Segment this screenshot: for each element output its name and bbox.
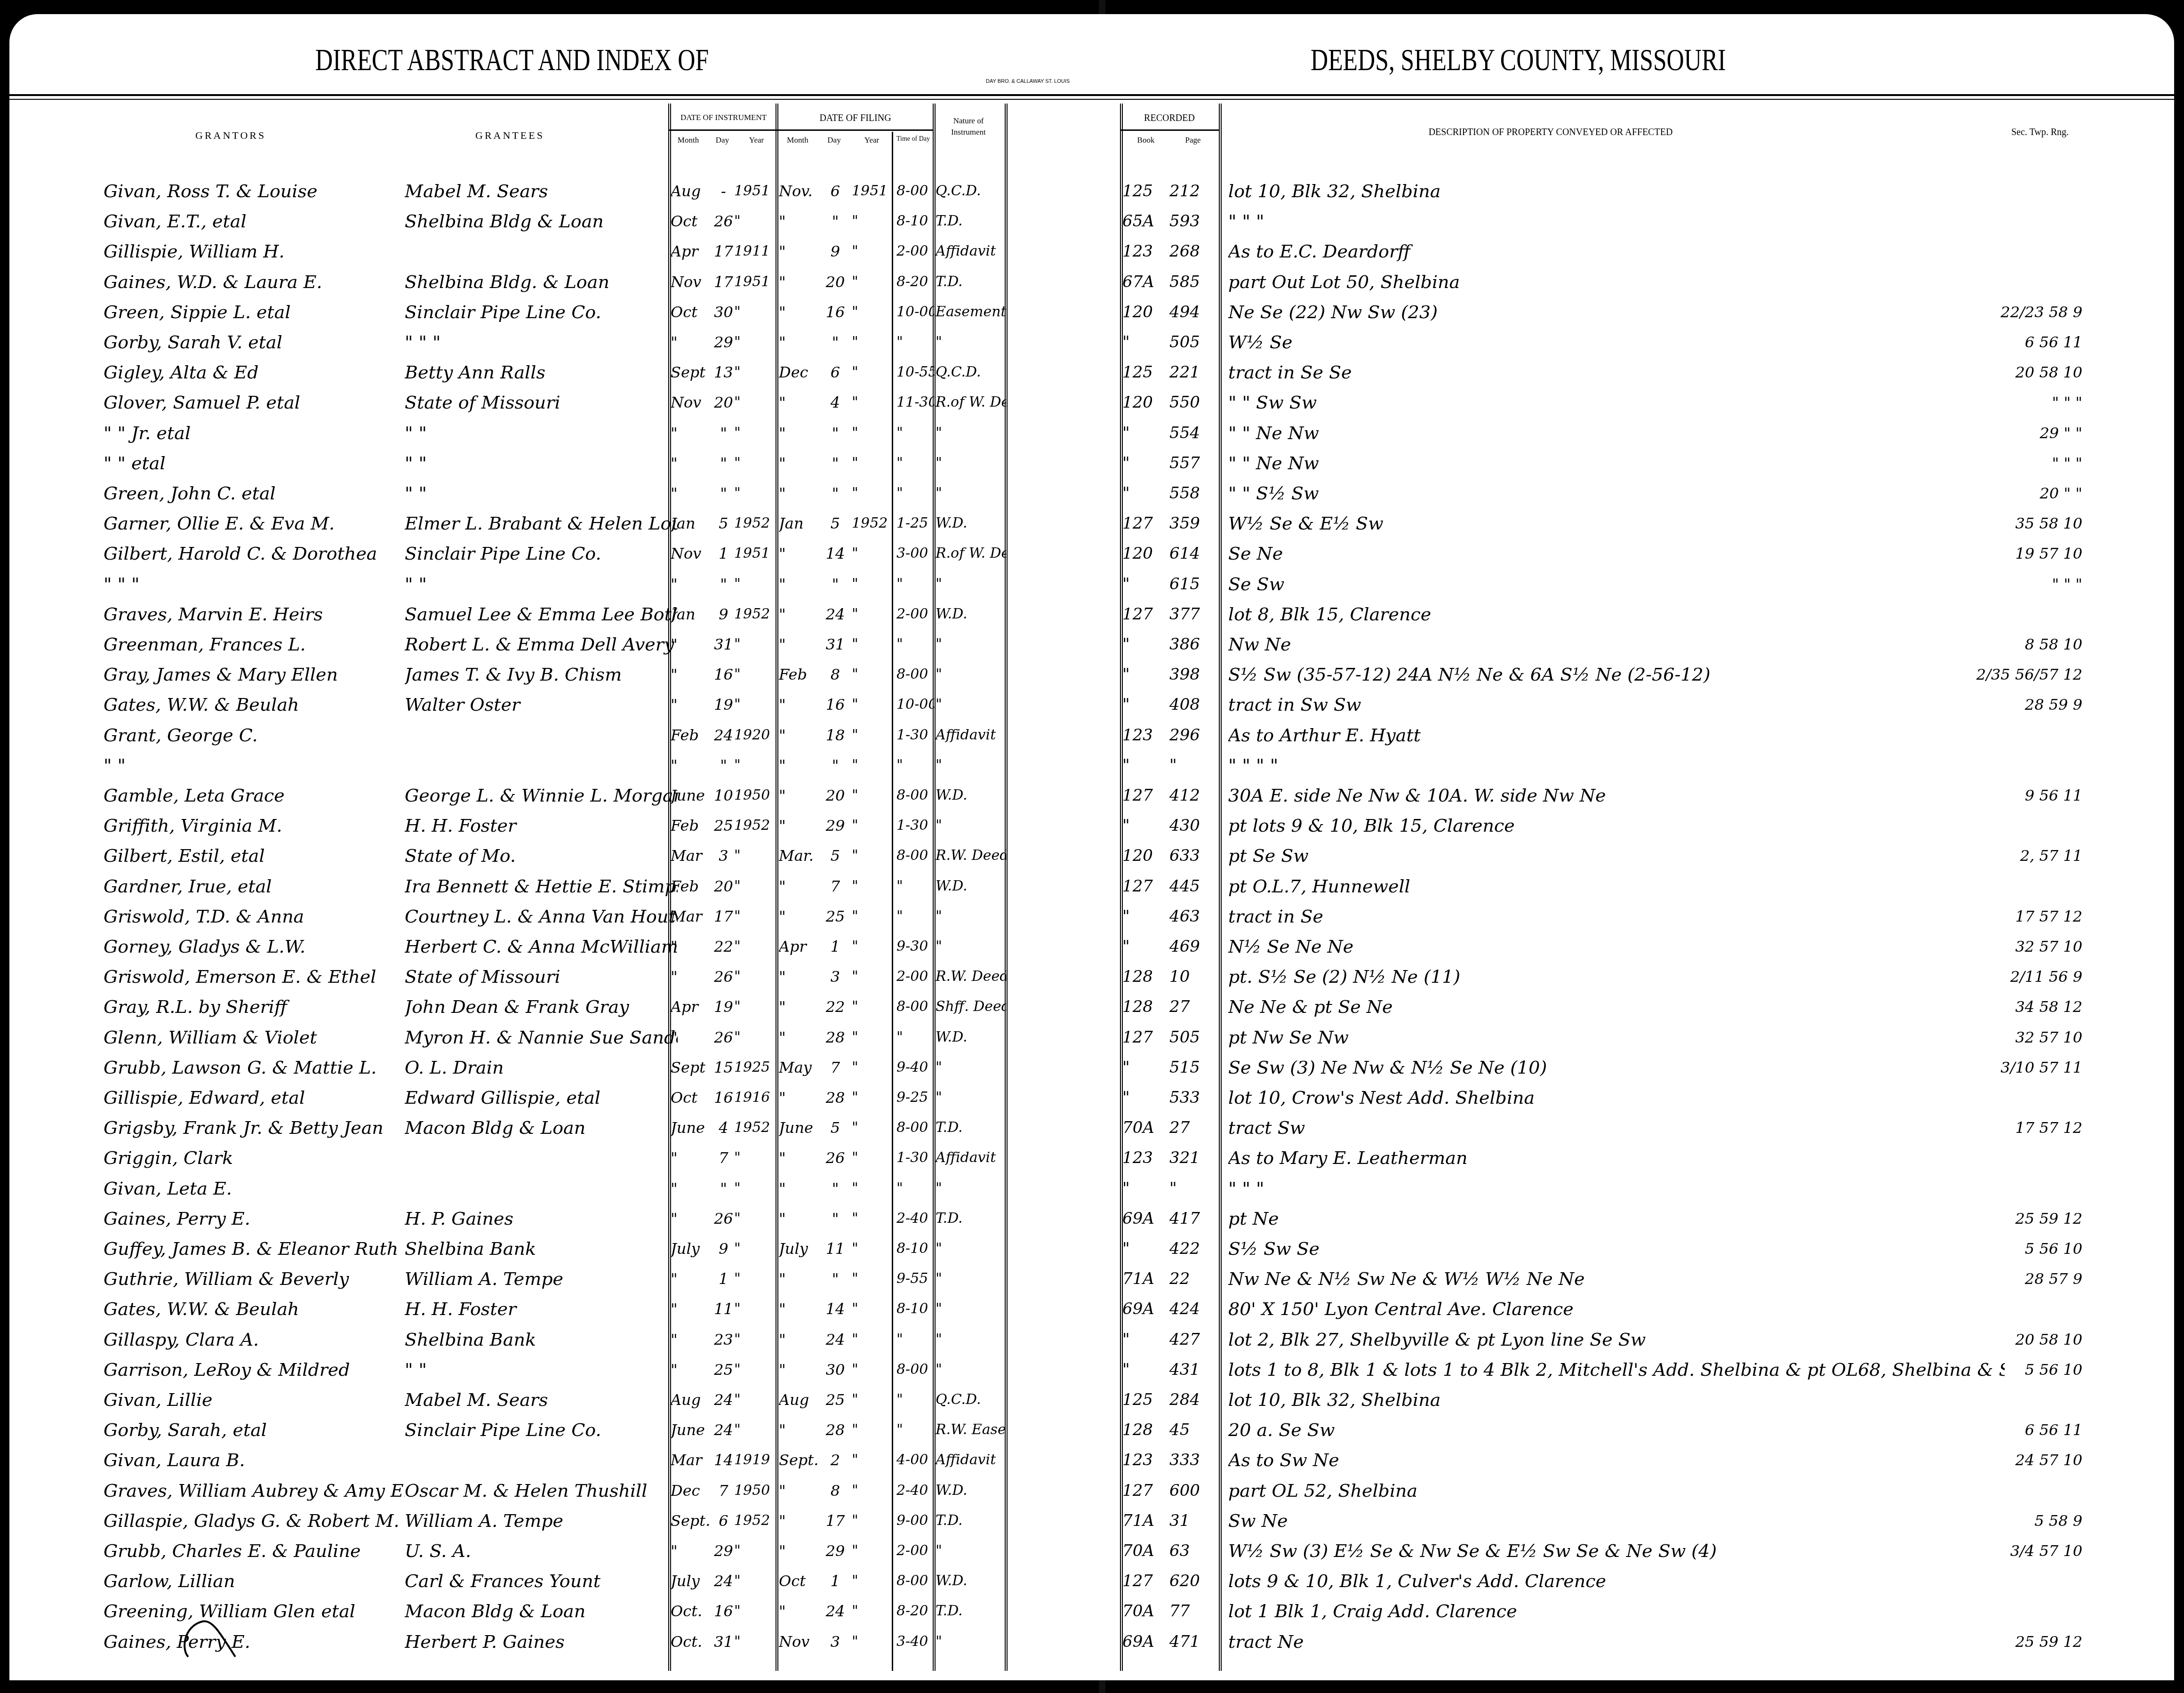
description-cell: Se Ne — [1228, 541, 2005, 566]
instrument-day-cell: 17 — [711, 239, 736, 264]
time-of-day-cell: 1-30 — [896, 813, 934, 838]
instrument-month-cell: Dec — [671, 1478, 711, 1503]
filing-month-cell: " — [779, 753, 819, 778]
filing-day-cell: 1 — [819, 1569, 852, 1593]
grantee-cell: Herbert C. & Anna McWilliams — [405, 934, 678, 959]
filing-month-cell: May — [779, 1055, 819, 1080]
right-page-title: DEEDS, SHELBY COUNTY, MISSOURI — [1311, 42, 1726, 78]
description-cell: pt Se Sw — [1228, 843, 2005, 868]
table-row: 127620lots 9 & 10, Blk 1, Culver's Add. … — [1104, 1569, 2174, 1593]
instrument-day-header: Day — [706, 136, 739, 145]
description-cell: W½ Se & E½ Sw — [1228, 511, 2005, 536]
sec-twp-rng-cell: 3/10 57 11 — [1965, 1055, 2082, 1080]
table-row: """ " " " — [1104, 753, 2174, 778]
description-cell: N½ Se Ne Ne — [1228, 934, 2005, 959]
instrument-day-cell: 9 — [711, 1236, 736, 1261]
page-cell: 550 — [1169, 390, 1216, 415]
description-cell: part OL 52, Shelbina — [1228, 1478, 2005, 1503]
time-of-day-cell: " — [896, 1176, 934, 1201]
filing-month-cell: " — [779, 481, 819, 505]
page-cell: " — [1169, 1176, 1216, 1201]
instrument-year-cell: " — [734, 692, 772, 717]
filing-day-cell: 14 — [819, 1297, 852, 1321]
left-page: DIRECT ABSTRACT AND INDEX OF DAY BRO. & … — [9, 14, 1106, 1680]
instrument-day-cell: - — [711, 179, 736, 203]
book-cell: " — [1122, 451, 1169, 475]
filing-year-cell: " — [852, 1569, 892, 1593]
description-cell: " " Ne Nw — [1228, 451, 2005, 475]
nature-of-instrument-cell: " — [936, 421, 1006, 445]
instrument-month-cell: " — [671, 964, 711, 989]
instrument-day-cell: 31 — [711, 632, 736, 657]
time-of-day-cell: 9-25 — [896, 1085, 934, 1110]
page-cell: 333 — [1169, 1448, 1216, 1472]
filing-year-cell: " — [852, 360, 892, 385]
grantor-cell: Guffey, James B. & Eleanor Ruth — [104, 1236, 405, 1261]
table-row: 70A63W½ Sw (3) E½ Se & Nw Se & E½ Sw Se … — [1104, 1539, 2174, 1563]
filing-month-cell: Nov — [779, 1629, 819, 1654]
book-cell: 69A — [1122, 1629, 1169, 1654]
grantor-cell: Greening, William Glen etal — [104, 1599, 405, 1623]
book-cell: 128 — [1122, 1418, 1169, 1442]
table-row: "505W½ Se6 56 11 — [1104, 330, 2174, 354]
book-cell: 70A — [1122, 1599, 1169, 1623]
grantor-cell: Gray, James & Mary Ellen — [104, 662, 405, 687]
description-cell: tract in Se Se — [1228, 360, 2005, 385]
table-row: 67A585part Out Lot 50, Shelbina — [1104, 270, 2174, 294]
filing-day-cell: 29 — [819, 813, 852, 838]
filing-day-cell: 6 — [819, 179, 852, 203]
description-cell: lots 9 & 10, Blk 1, Culver's Add. Claren… — [1228, 1569, 2005, 1593]
grantee-cell: H. H. Foster — [405, 813, 678, 838]
nature-of-instrument-cell: " — [936, 1176, 1006, 1201]
instrument-day-cell: 29 — [711, 330, 736, 354]
table-row: " """"""""" — [9, 753, 1106, 778]
time-of-day-cell: " — [896, 904, 934, 929]
book-cell: 69A — [1122, 1297, 1169, 1321]
table-row: 120550" " Sw Sw" " " — [1104, 390, 2174, 415]
table-row: 120494Ne Se (22) Nw Sw (23)22/23 58 9 — [1104, 300, 2174, 324]
filing-month-cell: July — [779, 1236, 819, 1261]
book-cell: 127 — [1122, 1569, 1169, 1593]
instrument-year-cell: " — [734, 1297, 772, 1321]
sec-twp-rng-header: Sec. Twp. Rng. — [1988, 127, 2092, 138]
filing-day-cell: 29 — [819, 1539, 852, 1563]
grantor-cell: Glover, Samuel P. etal — [104, 390, 405, 415]
instrument-day-cell: 23 — [711, 1327, 736, 1352]
grantee-cell: H. H. Foster — [405, 1297, 678, 1321]
page-cell: 471 — [1169, 1629, 1216, 1654]
filing-day-cell: 5 — [819, 1115, 852, 1140]
table-row: Grubb, Lawson G. & Mattie L.O. L. DrainS… — [9, 1055, 1106, 1080]
filing-year-cell: " — [852, 753, 892, 778]
description-cell: As to E.C. Deardorff — [1228, 239, 2005, 264]
table-row: Givan, Leta E."""""""" — [9, 1176, 1106, 1201]
grantee-cell: Sinclair Pipe Line Co. — [405, 1418, 678, 1442]
table-row: "558" " S½ Sw20 " " — [1104, 481, 2174, 505]
grantor-cell: Griffith, Virginia M. — [104, 813, 405, 838]
filing-month-cell: " — [779, 451, 819, 475]
time-of-day-cell: 8-20 — [896, 1599, 934, 1623]
instrument-day-cell: 31 — [711, 1629, 736, 1654]
filing-year-cell: " — [852, 692, 892, 717]
filing-month-cell: " — [779, 813, 819, 838]
nature-of-instrument-cell: R.of W. Deed — [936, 541, 1006, 566]
description-header: DESCRIPTION OF PROPERTY CONVEYED OR AFFE… — [1386, 127, 1715, 138]
grantor-cell: Glenn, William & Violet — [104, 1025, 405, 1050]
instrument-month-cell: " — [671, 1357, 711, 1382]
description-cell: As to Sw Ne — [1228, 1448, 2005, 1472]
grantor-cell: Graves, William Aubrey & Amy Elizabeth — [104, 1478, 405, 1503]
instrument-year-cell: " — [734, 1539, 772, 1563]
nature-of-instrument-cell: R.W. Easement — [936, 1418, 1006, 1442]
instrument-month-header: Month — [671, 136, 706, 145]
description-cell: pt lots 9 & 10, Blk 15, Clarence — [1228, 813, 2005, 838]
filing-year-cell: " — [852, 1418, 892, 1442]
sec-twp-rng-cell: 6 56 11 — [1965, 330, 2082, 354]
time-of-day-cell: 8-00 — [896, 1115, 934, 1140]
time-of-day-cell: 4-00 — [896, 1448, 934, 1472]
table-row: Gillispie, Edward, etalEdward Gillispie,… — [9, 1085, 1106, 1110]
date-of-filing-header: DATE OF FILING — [779, 113, 932, 124]
filing-year-cell: " — [852, 1629, 892, 1654]
grantee-cell: U. S. A. — [405, 1539, 678, 1563]
table-row: Gaines, W.D. & Laura E.Shelbina Bldg. & … — [9, 270, 1106, 294]
book-cell: 69A — [1122, 1206, 1169, 1231]
table-row: Glover, Samuel P. etalState of MissouriN… — [9, 390, 1106, 415]
filing-day-cell: 11 — [819, 1236, 852, 1261]
nature-of-instrument-cell: " — [936, 1297, 1006, 1321]
grantor-cell: Givan, Laura B. — [104, 1448, 405, 1472]
instrument-day-cell: 19 — [711, 995, 736, 1019]
table-row: "386Nw Ne8 58 10 — [1104, 632, 2174, 657]
nature-of-instrument-cell: " — [936, 451, 1006, 475]
sec-twp-rng-cell: 5 58 9 — [1965, 1508, 2082, 1533]
filing-month-cell: " — [779, 1508, 819, 1533]
table-row: Griggin, Clark"7""26"1-30Affidavit — [9, 1146, 1106, 1170]
table-row: Gorney, Gladys & L.W.Herbert C. & Anna M… — [9, 934, 1106, 959]
instrument-year-cell: " — [734, 360, 772, 385]
table-row: 12741230A E. side Ne Nw & 10A. W. side N… — [1104, 783, 2174, 808]
filing-year-cell: " — [852, 451, 892, 475]
filing-month-cell: " — [779, 1539, 819, 1563]
table-row: "427lot 2, Blk 27, Shelbyville & pt Lyon… — [1104, 1327, 2174, 1352]
grantor-cell: " " — [104, 753, 405, 778]
table-row: Givan, E.T., etalShelbina Bldg & LoanOct… — [9, 209, 1106, 233]
table-row: Griswold, T.D. & AnnaCourtney L. & Anna … — [9, 904, 1106, 929]
table-row: "398S½ Sw (35-57-12) 24A N½ Ne & 6A S½ N… — [1104, 662, 2174, 687]
filing-day-cell: 7 — [819, 1055, 852, 1080]
filing-month-cell: " — [779, 1206, 819, 1231]
grantor-cell: Gigley, Alta & Ed — [104, 360, 405, 385]
filing-month-cell: " — [779, 1176, 819, 1201]
filing-year-cell: " — [852, 1327, 892, 1352]
time-of-day-cell: 2-00 — [896, 1539, 934, 1563]
instrument-day-cell: 24 — [711, 723, 736, 747]
sec-twp-rng-cell: 9 56 11 — [1965, 783, 2082, 808]
instrument-month-cell: Oct — [671, 1085, 711, 1110]
instrument-month-cell: " — [671, 1539, 711, 1563]
filing-year-cell: " — [852, 934, 892, 959]
page-cell: 463 — [1169, 904, 1216, 929]
instrument-month-cell: Mar — [671, 843, 711, 868]
table-row: " " "" """"""""" — [9, 572, 1106, 596]
filing-day-cell: 17 — [819, 1508, 852, 1533]
book-cell: " — [1122, 1085, 1169, 1110]
book-header: Book — [1122, 136, 1169, 145]
filing-month-cell: " — [779, 270, 819, 294]
book-cell: 70A — [1122, 1539, 1169, 1563]
instrument-day-cell: 26 — [711, 209, 736, 233]
filing-day-cell: 26 — [819, 1146, 852, 1170]
page-cell: 515 — [1169, 1055, 1216, 1080]
instrument-day-cell: 25 — [711, 1357, 736, 1382]
book-cell: " — [1122, 692, 1169, 717]
table-row: 123268As to E.C. Deardorff — [1104, 239, 2174, 264]
filing-year-cell: " — [852, 1085, 892, 1110]
instrument-month-cell: " — [671, 330, 711, 354]
filing-year-cell: " — [852, 813, 892, 838]
book-cell: " — [1122, 330, 1169, 354]
page-cell: 615 — [1169, 572, 1216, 596]
instrument-month-cell: Sept. — [671, 1508, 711, 1533]
sec-twp-rng-cell: 34 58 12 — [1965, 995, 2082, 1019]
table-row: Gillaspie, Gladys G. & Robert M.William … — [9, 1508, 1106, 1533]
time-of-day-cell: 1-25 — [896, 511, 934, 536]
table-row: "554" " Ne Nw29 " " — [1104, 421, 2174, 445]
sec-twp-rng-cell: 28 57 9 — [1965, 1267, 2082, 1291]
description-cell: Sw Ne — [1228, 1508, 2005, 1533]
filing-year-cell: " — [852, 1297, 892, 1321]
page-cell: 284 — [1169, 1388, 1216, 1412]
grantee-cell: Shelbina Bank — [405, 1236, 678, 1261]
book-cell: 127 — [1122, 874, 1169, 899]
sec-twp-rng-cell: 2/11 56 9 — [1965, 964, 2082, 989]
filing-day-cell: " — [819, 330, 852, 354]
book-cell: 71A — [1122, 1267, 1169, 1291]
table-row: 125284lot 10, Blk 32, Shelbina — [1104, 1388, 2174, 1412]
filing-year-cell: " — [852, 390, 892, 415]
filing-month-header: Month — [779, 136, 816, 145]
instrument-day-cell: 26 — [711, 1206, 736, 1231]
page-header: Page — [1169, 136, 1216, 145]
instrument-year-cell: " — [734, 843, 772, 868]
table-row: 120633pt Se Sw2, 57 11 — [1104, 843, 2174, 868]
filing-month-cell: " — [779, 1267, 819, 1291]
description-cell: Ne Se (22) Nw Sw (23) — [1228, 300, 2005, 324]
instrument-month-cell: Jan — [671, 602, 711, 626]
table-row: 69A417pt Ne25 59 12 — [1104, 1206, 2174, 1231]
instrument-day-cell: 6 — [711, 1508, 736, 1533]
filing-day-cell: " — [819, 451, 852, 475]
filing-year-cell: " — [852, 541, 892, 566]
nature-of-instrument-cell: T.D. — [936, 1599, 1006, 1623]
instrument-year-cell: " — [734, 995, 772, 1019]
grantee-cell: Sinclair Pipe Line Co. — [405, 541, 678, 566]
book-cell: 120 — [1122, 300, 1169, 324]
nature-of-instrument-cell: Affidavit — [936, 723, 1006, 747]
grantee-cell: Carl & Frances Yount — [405, 1569, 678, 1593]
page-cell: 296 — [1169, 723, 1216, 747]
instrument-month-cell: " — [671, 632, 711, 657]
page-cell: 268 — [1169, 239, 1216, 264]
book-cell: 125 — [1122, 1388, 1169, 1412]
grantee-cell: " " — [405, 572, 678, 596]
instrument-year-cell: " — [734, 481, 772, 505]
filing-day-cell: 25 — [819, 1388, 852, 1412]
table-row: 69A471tract Ne25 59 12 — [1104, 1629, 2174, 1654]
filing-year-cell: " — [852, 1599, 892, 1623]
instrument-year-cell: 1951 — [734, 270, 772, 294]
table-row: Green, Sippie L. etalSinclair Pipe Line … — [9, 300, 1106, 324]
filing-year-cell: " — [852, 1236, 892, 1261]
time-of-day-cell: 3-00 — [896, 541, 934, 566]
table-row: 127445pt O.L.7, Hunnewell — [1104, 874, 2174, 899]
grantee-cell: George L. & Winnie L. Morgan — [405, 783, 678, 808]
time-of-day-cell: " — [896, 632, 934, 657]
table-row: Grubb, Charles E. & PaulineU. S. A."29""… — [9, 1539, 1106, 1563]
nature-of-instrument-cell: " — [936, 1267, 1006, 1291]
table-row: "431lots 1 to 8, Blk 1 & lots 1 to 4 Blk… — [1104, 1357, 2174, 1382]
instrument-year-cell: " — [734, 934, 772, 959]
instrument-month-cell: " — [671, 753, 711, 778]
page-cell: 533 — [1169, 1085, 1216, 1110]
instrument-day-cell: 4 — [711, 1115, 736, 1140]
book-cell: 125 — [1122, 179, 1169, 203]
instrument-day-cell: 17 — [711, 270, 736, 294]
description-cell: S½ Sw Se — [1228, 1236, 2005, 1261]
grantor-cell: Gillispie, Edward, etal — [104, 1085, 405, 1110]
page-cell: 63 — [1169, 1539, 1216, 1563]
nature-of-instrument-cell: " — [936, 481, 1006, 505]
instrument-year-cell: " — [734, 1025, 772, 1050]
grantor-cell: Garlow, Lillian — [104, 1569, 405, 1593]
instrument-year-cell: " — [734, 1327, 772, 1352]
book-cell: 128 — [1122, 995, 1169, 1019]
time-of-day-cell: " — [896, 874, 934, 899]
time-of-day-cell: 1-30 — [896, 723, 934, 747]
page-cell: 593 — [1169, 209, 1216, 233]
grantor-cell: Graves, Marvin E. Heirs — [104, 602, 405, 626]
filing-month-cell: " — [779, 1327, 819, 1352]
instrument-year-cell: " — [734, 421, 772, 445]
filing-year-cell: " — [852, 602, 892, 626]
instrument-day-cell: 7 — [711, 1478, 736, 1503]
instrument-year-cell: " — [734, 632, 772, 657]
description-cell: lots 1 to 8, Blk 1 & lots 1 to 4 Blk 2, … — [1228, 1357, 2005, 1382]
filing-day-header: Day — [816, 136, 852, 145]
table-row: "463tract in Se17 57 12 — [1104, 904, 2174, 929]
book-cell: " — [1122, 421, 1169, 445]
table-row: Gaines, Perry E.H. P. Gaines"26""""2-40T… — [9, 1206, 1106, 1231]
filing-day-cell: 18 — [819, 723, 852, 747]
time-of-day-cell: 8-10 — [896, 1236, 934, 1261]
filing-day-cell: 20 — [819, 270, 852, 294]
filing-month-cell: " — [779, 239, 819, 264]
filing-day-cell: 28 — [819, 1085, 852, 1110]
grantee-cell: Oscar M. & Helen Thushill — [405, 1478, 678, 1503]
sec-twp-rng-cell: 24 57 10 — [1965, 1448, 2082, 1472]
grantor-cell: Gorby, Sarah V. etal — [104, 330, 405, 354]
book-cell: " — [1122, 481, 1169, 505]
sec-twp-rng-cell: 20 58 10 — [1965, 360, 2082, 385]
nature-of-instrument-cell: Affidavit — [936, 239, 1006, 264]
instrument-day-cell: 15 — [711, 1055, 736, 1080]
sec-twp-rng-cell: 20 58 10 — [1965, 1327, 2082, 1352]
instrument-year-cell: 1920 — [734, 723, 772, 747]
grantor-cell: Garrison, LeRoy & Mildred — [104, 1357, 405, 1382]
table-row: Graves, William Aubrey & Amy ElizabethOs… — [9, 1478, 1106, 1503]
book-cell: 127 — [1122, 511, 1169, 536]
filing-day-cell: " — [819, 481, 852, 505]
filing-year-cell: " — [852, 843, 892, 868]
filing-year-cell: " — [852, 209, 892, 233]
table-row: 12810pt. S½ Se (2) N½ Ne (11)2/11 56 9 — [1104, 964, 2174, 989]
table-row: Garner, Ollie E. & Eva M.Elmer L. Braban… — [9, 511, 1106, 536]
grantee-cell: William A. Tempe — [405, 1267, 678, 1291]
filing-day-cell: 9 — [819, 239, 852, 264]
time-of-day-cell: " — [896, 451, 934, 475]
table-row: Green, John C. etal" """"""""" — [9, 481, 1106, 505]
page-cell: 386 — [1169, 632, 1216, 657]
book-cell: " — [1122, 904, 1169, 929]
description-cell: 30A E. side Ne Nw & 10A. W. side Nw Ne — [1228, 783, 2005, 808]
filing-year-cell: " — [852, 1025, 892, 1050]
filing-day-cell: " — [819, 753, 852, 778]
page-cell: 10 — [1169, 964, 1216, 989]
page-cell: 412 — [1169, 783, 1216, 808]
nature-of-instrument-cell: " — [936, 692, 1006, 717]
description-cell: pt Nw Se Nw — [1228, 1025, 2005, 1050]
filing-year-cell: " — [852, 874, 892, 899]
table-row: Grigsby, Frank Jr. & Betty JeanMacon Bld… — [9, 1115, 1106, 1140]
book-cell: 67A — [1122, 270, 1169, 294]
filing-month-cell: " — [779, 1025, 819, 1050]
instrument-day-cell: 24 — [711, 1569, 736, 1593]
description-cell: " " " " — [1228, 753, 2005, 778]
nature-of-instrument-cell: Shff. Deed — [936, 995, 1006, 1019]
instrument-month-cell: " — [671, 1025, 711, 1050]
page-cell: 77 — [1169, 1599, 1216, 1623]
book-cell: 123 — [1122, 1146, 1169, 1170]
table-row: Graves, Marvin E. HeirsSamuel Lee & Emma… — [9, 602, 1106, 626]
instrument-day-cell: 30 — [711, 300, 736, 324]
grantee-cell: O. L. Drain — [405, 1055, 678, 1080]
page-cell: 633 — [1169, 843, 1216, 868]
instrument-year-cell: 1911 — [734, 239, 772, 264]
filing-month-cell: " — [779, 1146, 819, 1170]
filing-day-cell: 16 — [819, 692, 852, 717]
book-cell: " — [1122, 753, 1169, 778]
instrument-month-cell: " — [671, 1146, 711, 1170]
sec-twp-rng-cell: 17 57 12 — [1965, 904, 2082, 929]
filing-day-cell: 28 — [819, 1418, 852, 1442]
nature-of-instrument-cell: " — [936, 1357, 1006, 1382]
instrument-day-cell: 17 — [711, 904, 736, 929]
filing-year-cell: " — [852, 1267, 892, 1291]
filing-month-cell: Jan — [779, 511, 819, 536]
instrument-month-cell: Apr — [671, 239, 711, 264]
page-cell: 424 — [1169, 1297, 1216, 1321]
page-cell: 221 — [1169, 360, 1216, 385]
time-of-day-cell: " — [896, 753, 934, 778]
book-cell: " — [1122, 662, 1169, 687]
instrument-year-cell: 1952 — [734, 511, 772, 536]
instrument-month-cell: " — [671, 421, 711, 445]
book-cell: 123 — [1122, 1448, 1169, 1472]
filing-year-cell: 1952 — [852, 511, 892, 536]
instrument-month-cell: Oct — [671, 300, 711, 324]
